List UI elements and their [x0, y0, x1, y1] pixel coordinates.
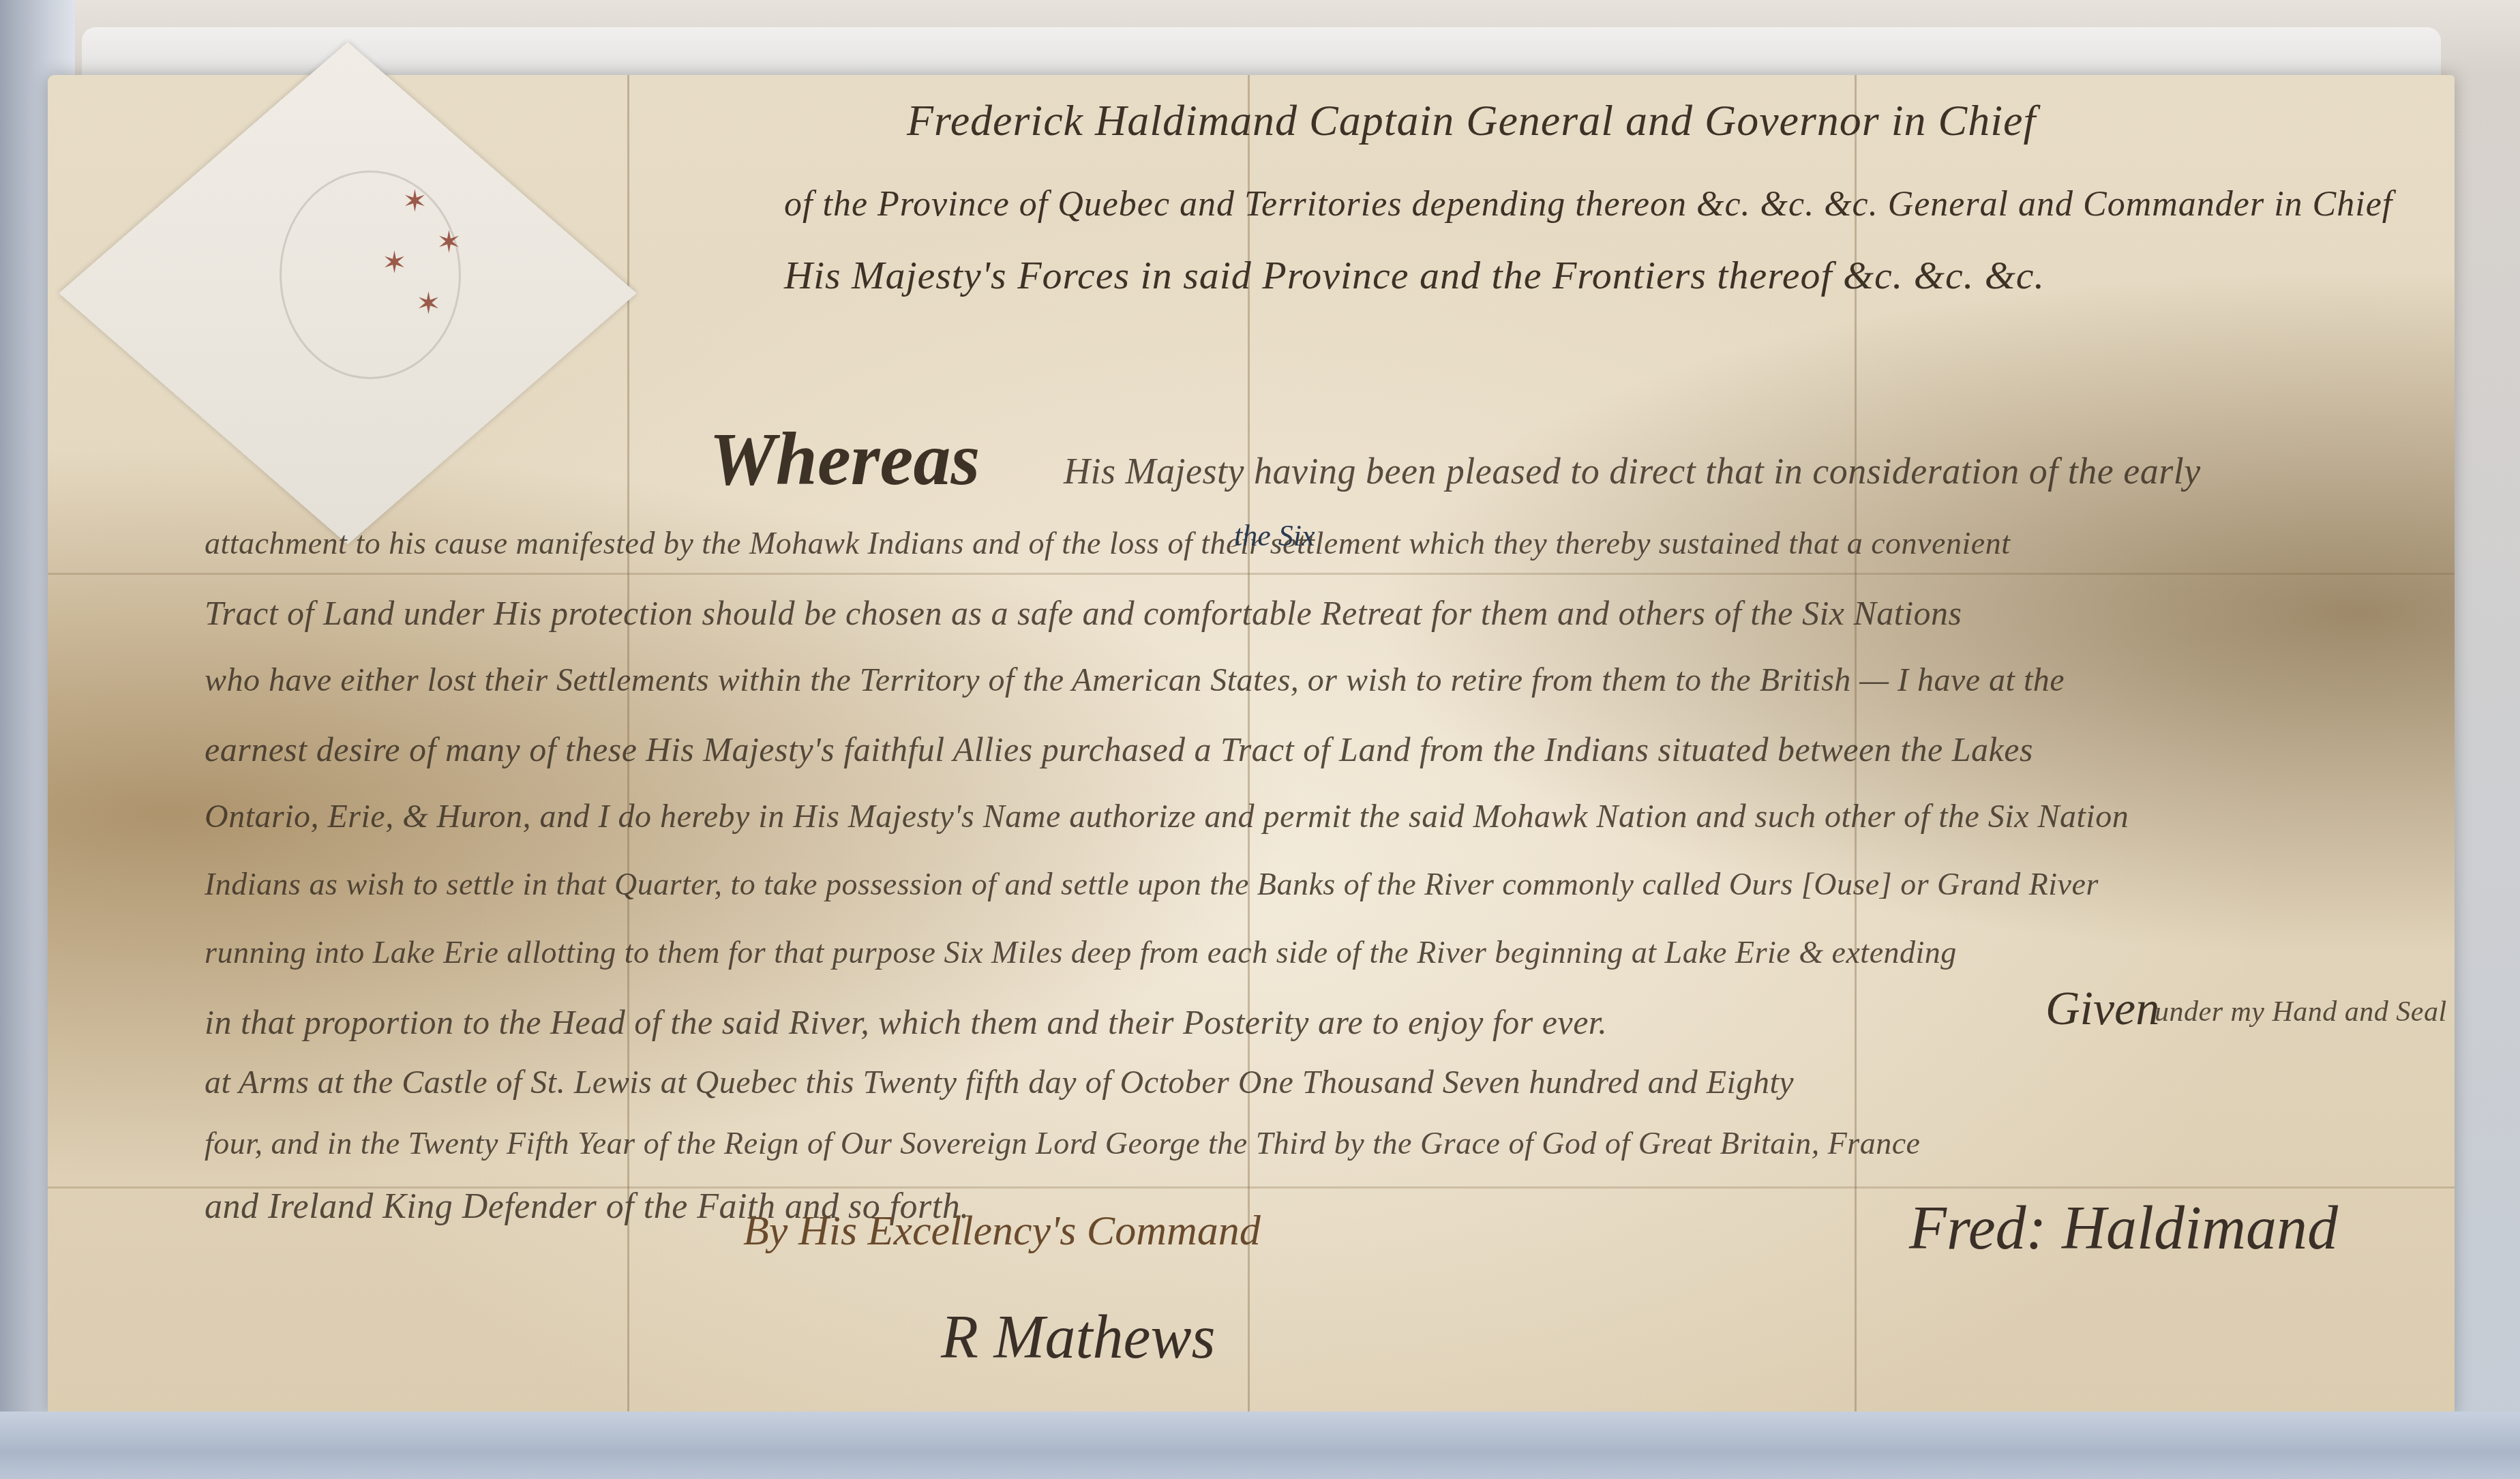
governor-signature: Fred: Haldimand: [1909, 1193, 2338, 1264]
fold-line: [48, 573, 2455, 575]
heading-line-2: of the Province of Quebec and Territorie…: [784, 184, 2392, 224]
seal-star-icon: ✶: [436, 225, 462, 260]
seal-emboss: [280, 170, 461, 379]
tissue-paper-bottom: [0, 1411, 2520, 1479]
seal-star-icon: ✶: [416, 286, 441, 321]
heading-line-3: His Majesty's Forces in said Province an…: [784, 252, 2045, 298]
opening-word: Whereas: [709, 416, 980, 503]
seal-star-icon: ✶: [402, 184, 427, 219]
closing-line-2: at Arms at the Castle of St. Lewis at Qu…: [205, 1064, 1794, 1101]
attestation: By His Excellency's Command: [743, 1207, 1261, 1255]
closing-line-1: under my Hand and Seal: [2155, 996, 2447, 1028]
body-line-3: Tract of Land under His protection shoul…: [205, 593, 1962, 633]
body-line-6: Ontario, Erie, & Huron, and I do hereby …: [205, 798, 2129, 835]
given-word: Given: [2045, 982, 2159, 1036]
interlinear-note: the Six: [1234, 518, 1315, 553]
body-line-8: running into Lake Erie allotting to them…: [205, 934, 1957, 970]
heading-line-1: Frederick Haldimand Captain General and …: [907, 95, 2036, 146]
seal-star-icon: ✶: [382, 245, 407, 280]
body-line-9: in that proportion to the Head of the sa…: [205, 1002, 1607, 1042]
body-line-5: earnest desire of many of these His Maje…: [205, 730, 2033, 769]
body-line-1: His Majesty having been pleased to direc…: [1064, 450, 2201, 492]
secretary-signature: R Mathews: [941, 1302, 1215, 1373]
body-line-7: Indians as wish to settle in that Quarte…: [205, 866, 2099, 902]
body-line-4: who have either lost their Settlements w…: [205, 661, 2065, 699]
closing-line-3: four, and in the Twenty Fifth Year of th…: [205, 1125, 1920, 1161]
body-line-2: attachment to his cause manifested by th…: [205, 525, 2010, 561]
